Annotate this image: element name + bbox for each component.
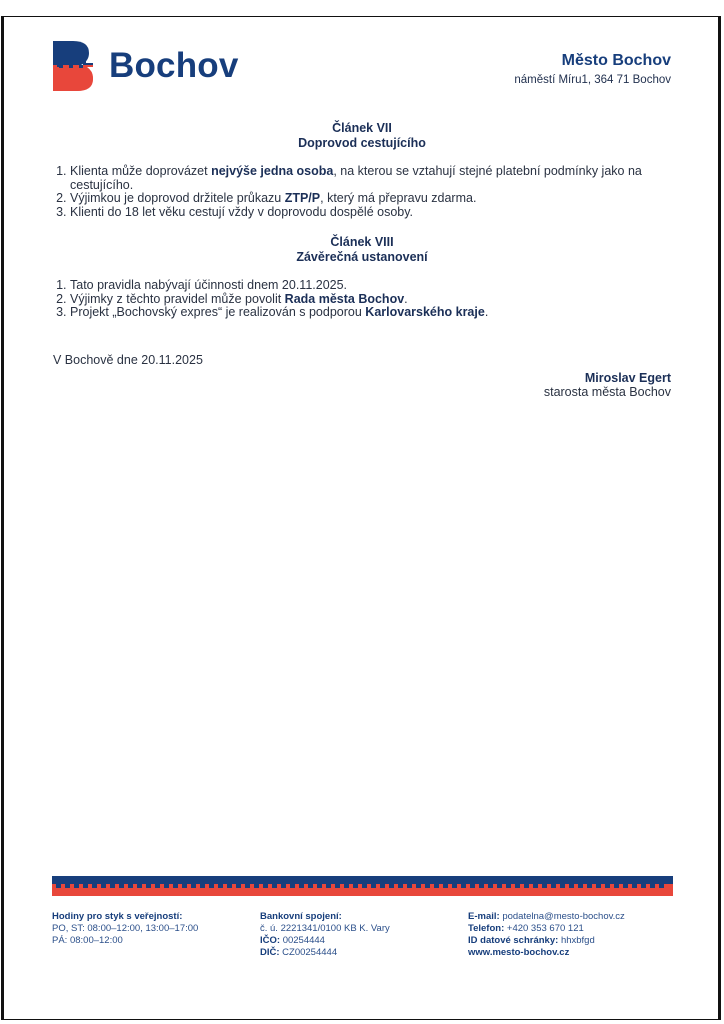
signatory-role: starosta města Bochov [544,385,671,399]
article-heading: Článek VIII Závěrečná ustanovení [2,235,722,265]
article-title: Doprovod cestujícího [2,136,722,151]
list-item: Klienta může doprovázet nejvýše jedna os… [70,165,692,192]
email-link[interactable]: podatelna@mesto-bochov.cz [502,911,624,922]
list-item: Tato pravidla nabývají účinnosti dnem 20… [70,279,692,293]
footer-office-hours: Hodiny pro styk s veřejností: PO, ST: 08… [52,911,198,947]
article-number: Článek VIII [2,235,722,250]
footer-contact: E-mail: podatelna@mesto-bochov.cz Telefo… [468,911,625,959]
article-heading: Článek VII Doprovod cestujícího [2,121,722,151]
bochov-logo-mark-icon [53,41,93,91]
logo-wordmark: Bochov [109,46,239,86]
decorative-battlement-stripe [52,876,673,896]
list-item: Projekt „Bochovský expres“ je realizován… [70,306,692,320]
signatory-name: Miroslav Egert [544,371,671,385]
org-name: Město Bochov [514,52,671,70]
list-item: Výjimkou je doprovod držitele průkazu ZT… [70,192,692,206]
document-page: Bochov Město Bochov náměstí Míru1, 364 7… [1,16,721,1020]
org-address: náměstí Míru1, 364 71 Bochov [514,74,671,86]
website-link[interactable]: www.mesto-bochov.cz [468,947,569,958]
article-items-list: Klienta může doprovázet nejvýše jedna os… [53,165,692,219]
article-title: Závěrečná ustanovení [2,250,722,265]
logo: Bochov [53,41,239,91]
article-number: Článek VII [2,121,722,136]
sender-address-block: Město Bochov náměstí Míru1, 364 71 Bocho… [514,52,671,86]
footer-bank-details: Bankovní spojení: č. ú. 2221341/0100 KB … [260,911,390,959]
signature-block: Miroslav Egert starosta města Bochov [544,371,671,399]
place-and-date: V Bochově dne 20.11.2025 [53,353,203,367]
list-item: Výjimky z těchto pravidel může povolit R… [70,293,692,307]
article-items-list: Tato pravidla nabývají účinnosti dnem 20… [53,279,692,320]
list-item: Klienti do 18 let věku cestují vždy v do… [70,206,692,220]
